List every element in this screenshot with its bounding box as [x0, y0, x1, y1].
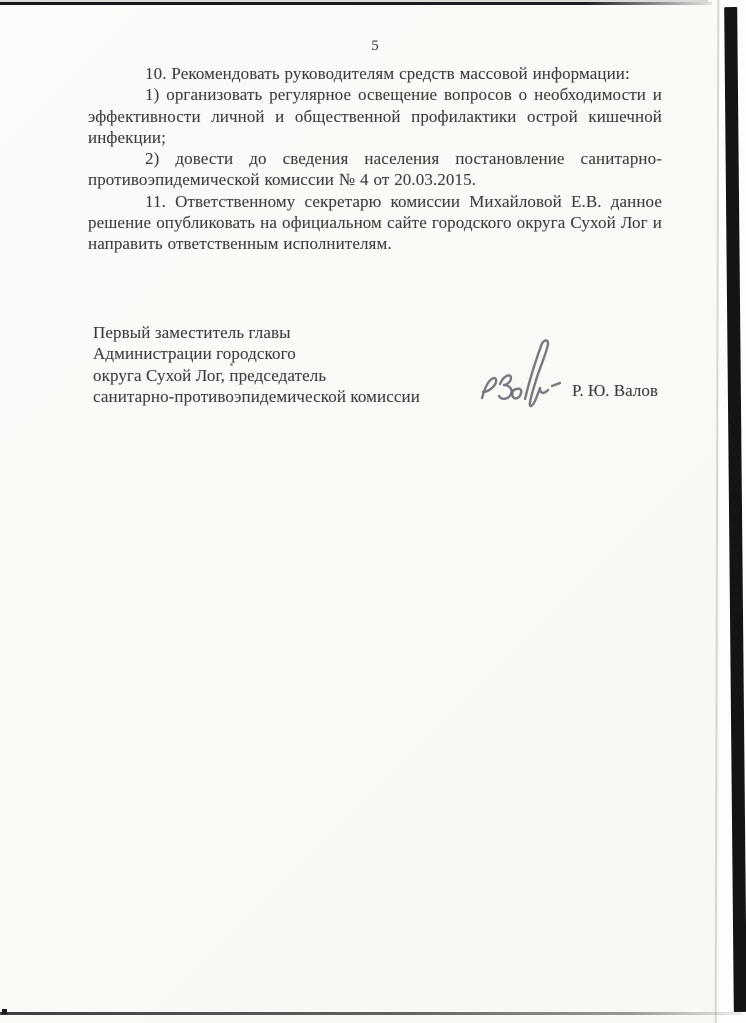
paragraph-11: 11. Ответственному секретарю комиссии Ми… [88, 191, 662, 255]
signature-title-block: Первый заместитель главы Администрации г… [93, 322, 493, 407]
signer-title-line: Администрации городского [93, 343, 493, 364]
paragraph-10: 10. Рекомендовать руководителям средств … [88, 63, 662, 84]
scanned-document-page: 5 10. Рекомендовать руководителям средст… [0, 0, 746, 1023]
paragraph-10-2: 2) довести до сведения населения постано… [88, 148, 662, 191]
paragraph-10-1: 1) организовать регулярное освещение воп… [88, 84, 662, 148]
signer-title-line: Первый заместитель главы [93, 322, 493, 343]
signer-name: Р. Ю. Валов [572, 381, 658, 401]
signer-title-line: санитарно-противоэпидемической комиссии [93, 386, 493, 407]
scan-edge-bottom [0, 1012, 742, 1015]
signer-title-line: округа Сухой Лог, председатель [93, 365, 493, 386]
page-number: 5 [88, 38, 662, 55]
scan-noise-dot [2, 1009, 7, 1014]
scan-edge-top [0, 2, 712, 5]
handwritten-signature-icon [470, 332, 570, 417]
document-body: 10. Рекомендовать руководителям средств … [88, 63, 662, 255]
